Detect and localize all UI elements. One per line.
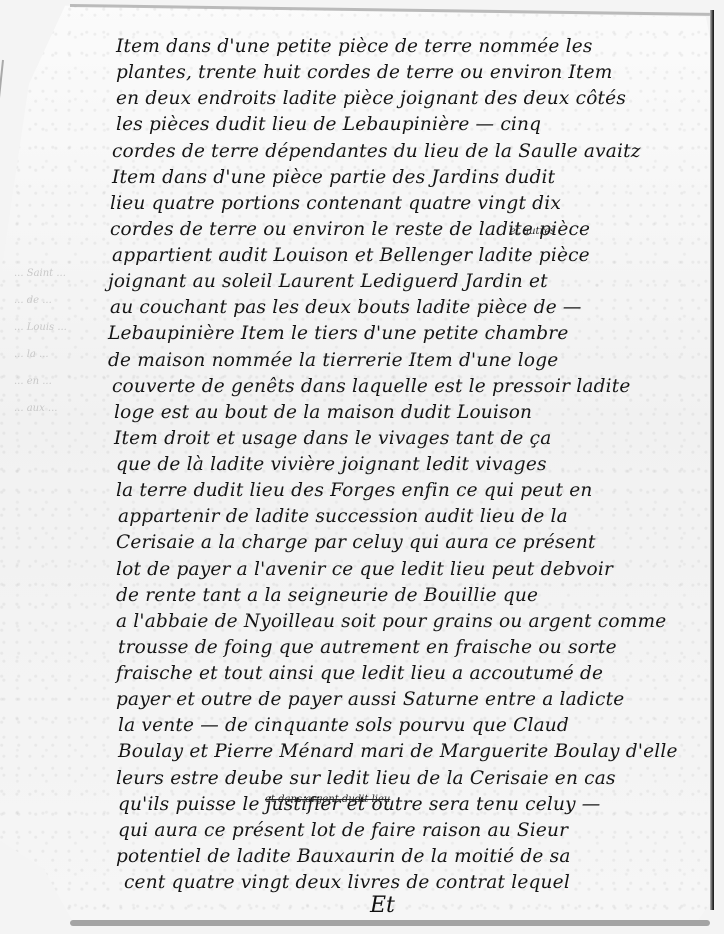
text-line: la vente — de cinquante sols pourvu que … (118, 715, 569, 736)
text-line: appartenir de ladite succession audit li… (118, 506, 568, 527)
text-line: les pièces dudit lieu de Lebaupinière — … (116, 114, 541, 135)
text-line: lot de payer a l'avenir ce que ledit lie… (116, 559, 613, 580)
text-line: la terre dudit lieu des Forges enfin ce … (116, 480, 593, 501)
text-line: Item dans d'une petite pièce de terre no… (116, 36, 593, 57)
text-line: plantes, trente huit cordes de terre ou … (116, 62, 612, 83)
text-line: de maison nommée la tierrerie Item d'une… (108, 350, 558, 371)
text-line: cordes de terre dépendantes du lieu de l… (112, 141, 641, 162)
text-line: leurs estre deube sur ledit lieu de la C… (116, 768, 616, 789)
text-line: au couchant pas les deux bouts ladite pi… (110, 297, 582, 318)
text-line: en deux endroits ladite pièce joignant d… (116, 88, 626, 109)
text-line: qu'ils puisse le justifier et outre sera… (118, 794, 601, 815)
manuscript-text-body: Item dans d'une petite pièce de terre no… (0, 0, 724, 934)
text-line: payer et outre de payer aussi Saturne en… (116, 689, 624, 710)
text-line: cent quatre vingt deux livres de contrat… (124, 872, 570, 893)
text-line: potentiel de ladite Bauxaurin de la moit… (116, 846, 571, 867)
text-line: joignant au soleil Laurent Lediguerd Jar… (108, 271, 548, 292)
interlinear-note: et autres (510, 226, 555, 237)
text-line: fraische et tout ainsi que ledit lieu a … (116, 663, 603, 684)
text-line: qui aura ce présent lot de faire raison … (118, 820, 568, 841)
text-line: Item droit et usage dans le vivages tant… (114, 428, 551, 449)
text-line: Item dans d'une pièce partie des Jardins… (112, 167, 555, 188)
text-line: a l'abbaie de Nyoilleau soit pour grains… (116, 611, 666, 632)
text-line: couverte de genêts dans laquelle est le … (112, 376, 631, 397)
text-line: loge est au bout de la maison dudit Loui… (114, 402, 532, 423)
text-line: de rente tant a la seigneurie de Bouilli… (116, 585, 538, 606)
text-line: appartient audit Louison et Bellenger la… (112, 245, 590, 266)
text-line: Cerisaie a la charge par celuy qui aura … (116, 532, 596, 553)
signature-mark: Et (370, 893, 395, 918)
text-line: que de là ladite vivière joignant ledit … (116, 454, 547, 475)
text-line: Lebaupinière Item le tiers d'une petite … (108, 323, 568, 344)
text-line: Boulay et Pierre Ménard mari de Margueri… (118, 741, 678, 762)
text-line: trousse de foing que autrement en fraisc… (118, 637, 617, 658)
text-line: lieu quatre portions contenant quatre vi… (110, 193, 561, 214)
